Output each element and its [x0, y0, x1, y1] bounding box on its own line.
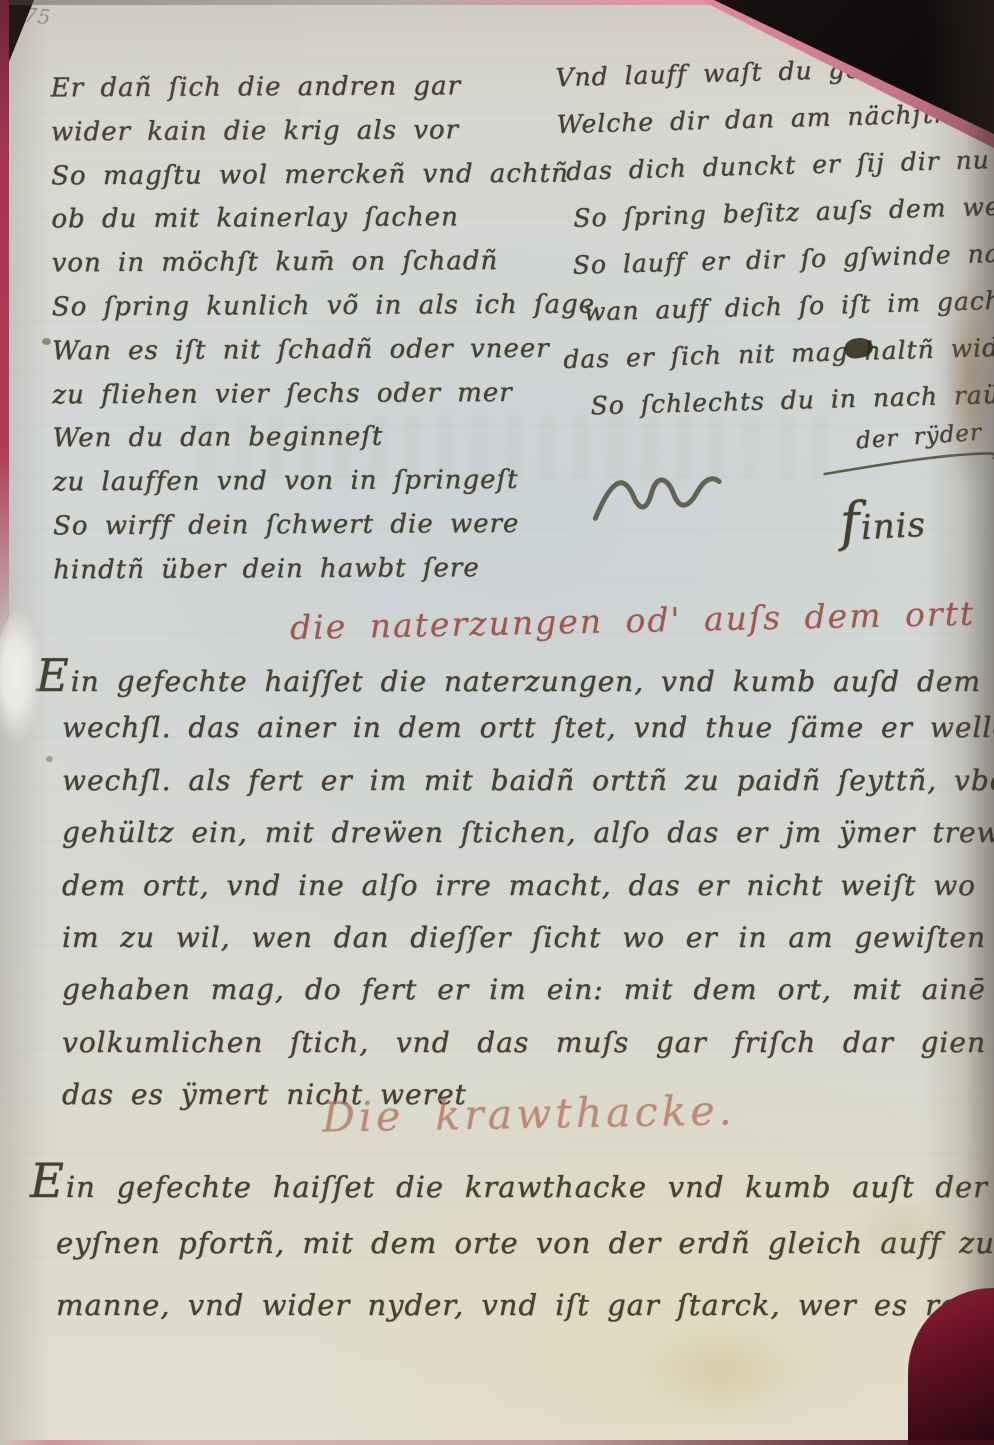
text-line: Ein gefechte haiſſet die naterzungen, vn… — [36, 650, 986, 702]
text-line: dem ortt, vnd ine alſo irre macht, das e… — [36, 860, 986, 912]
text-line: wechſl. das ainer in dem ortt ſtet, vnd … — [36, 702, 986, 754]
paper-speck — [46, 756, 53, 762]
binding-edge-red — [0, 0, 9, 645]
verse-line: wider kain die krig als vor — [51, 108, 576, 155]
page-top-edge — [0, 0, 720, 5]
text-line: Ein gefechte haiſſet die krawthacke vnd … — [30, 1150, 988, 1212]
text-line: wechſl. als fert er im mit baidñ orttñ z… — [36, 755, 986, 807]
verse-line: hindtñ über dein hawbt ſere — [53, 546, 578, 593]
verse-line: ob du mit kainerlay ſachen — [51, 196, 576, 243]
text-line: im zu wil, wen dan dieſſer ſicht wo er i… — [36, 912, 986, 964]
pen-flourish — [584, 461, 728, 531]
text-line: gehültz ein, mit dreẅen ſtichen, alſo da… — [36, 807, 986, 859]
verse-line: So magſtu wol merckeñ vnd achtñ — [51, 152, 576, 199]
edge-stain — [942, 270, 994, 490]
text-line: manne, vnd wider nyder, vnd iſt gar ſtar… — [30, 1274, 988, 1336]
finis-mark: finis — [838, 488, 927, 553]
verse-line: Er dañ ſich die andren gar — [51, 65, 576, 112]
verse-line: Wen du dan beginneſt — [52, 415, 577, 462]
text-line: eyſnen pfortñ, mit dem orte von der erdñ… — [30, 1212, 988, 1274]
page-bottom-edge — [0, 1440, 994, 1445]
paragraph-naterzungen: Ein gefechte haiſſet die naterzungen, vn… — [36, 650, 986, 1122]
verse-line: So wirff dein ſchwert die were — [53, 503, 578, 550]
paper-stain — [856, 1196, 952, 1268]
verse-line: von in möchſt kum̄ on ſchadñ — [52, 240, 577, 287]
paragraph-krauthacke: Ein gefechte haiſſet die krawthacke vnd … — [30, 1150, 988, 1336]
manuscript-photo: 75 Er dañ ſich die andren gar wider kain… — [0, 0, 994, 1445]
rubric-heading-krauthacke: Die krawthacke. — [322, 1086, 736, 1141]
verse-line: So ſpring kunlich võ in als ich ſage — [52, 284, 577, 331]
verse-line: Wan es iſt nit ſchadñ oder vneer — [52, 327, 577, 374]
text-line: volkumlichen ſtich, vnd das muſs gar fri… — [36, 1017, 986, 1069]
verse-line: zu fliehen vier ſechs oder mer — [52, 371, 577, 418]
verse-line: zu lauffen vnd von in ſpringeſt — [53, 459, 578, 506]
text-line: gehaben mag, do fert er im ein: mit dem … — [36, 964, 986, 1016]
verse-column-left: Er dañ ſich die andren gar wider kain di… — [51, 65, 579, 593]
paper-speck — [42, 338, 51, 345]
paper-stain — [636, 1326, 806, 1418]
